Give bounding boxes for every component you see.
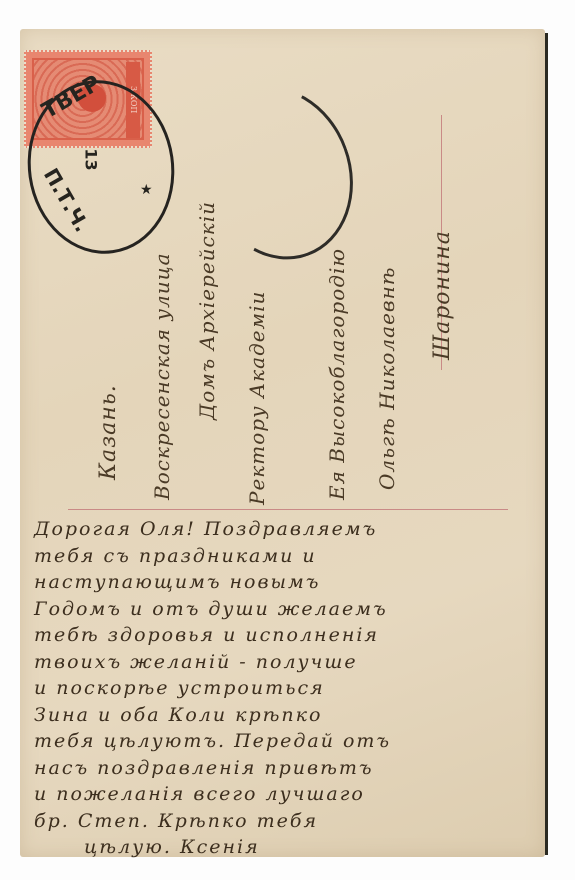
address-line-honorific: Ея Высокоблагородію [325,248,349,500]
message-line: Дорогая Оля! Поздравляемъ [34,516,534,543]
message-signature-line: цѣлую. Ксенія [34,834,534,861]
message-line: наступающимъ новымъ [34,569,534,596]
message-line: тебя съ праздниками и [34,543,534,570]
postmark-star-icon: ★ [140,182,153,198]
message-line: Зина и оба Коли крѣпко [34,702,534,729]
message-line: тебя цѣлуютъ. Передай отъ [34,728,534,755]
postmark-date-text: 13 [82,148,101,170]
address-line-name: Ольгѣ Николаевнѣ [375,267,399,490]
message-line: насъ поздравленія привѣтъ [34,755,534,782]
message-line: бр. Степ. Крѣпко тебя [34,808,534,835]
address-line-street: Воскресенская улица [150,253,174,501]
handwritten-message: Дорогая Оля! Поздравляемъ тебя съ праздн… [34,516,534,861]
message-line: и поскорѣе устроиться [34,675,534,702]
message-line: Годомъ и отъ души желаемъ [34,596,534,623]
message-line: и пожеланія всего лучшаго [34,781,534,808]
address-line-title: Ректору Академіи [245,291,269,505]
address-line-city: Казань. [96,384,121,480]
message-line: твоихъ желаній - получше [34,649,534,676]
message-divider-rule [68,509,508,510]
address-line-house: Домъ Архіерейскій [195,201,219,420]
address-line-surname: Шаронина [430,230,455,360]
postcard-edge-shadow [545,33,548,855]
message-line: тебѣ здоровья и исполненія [34,622,534,649]
